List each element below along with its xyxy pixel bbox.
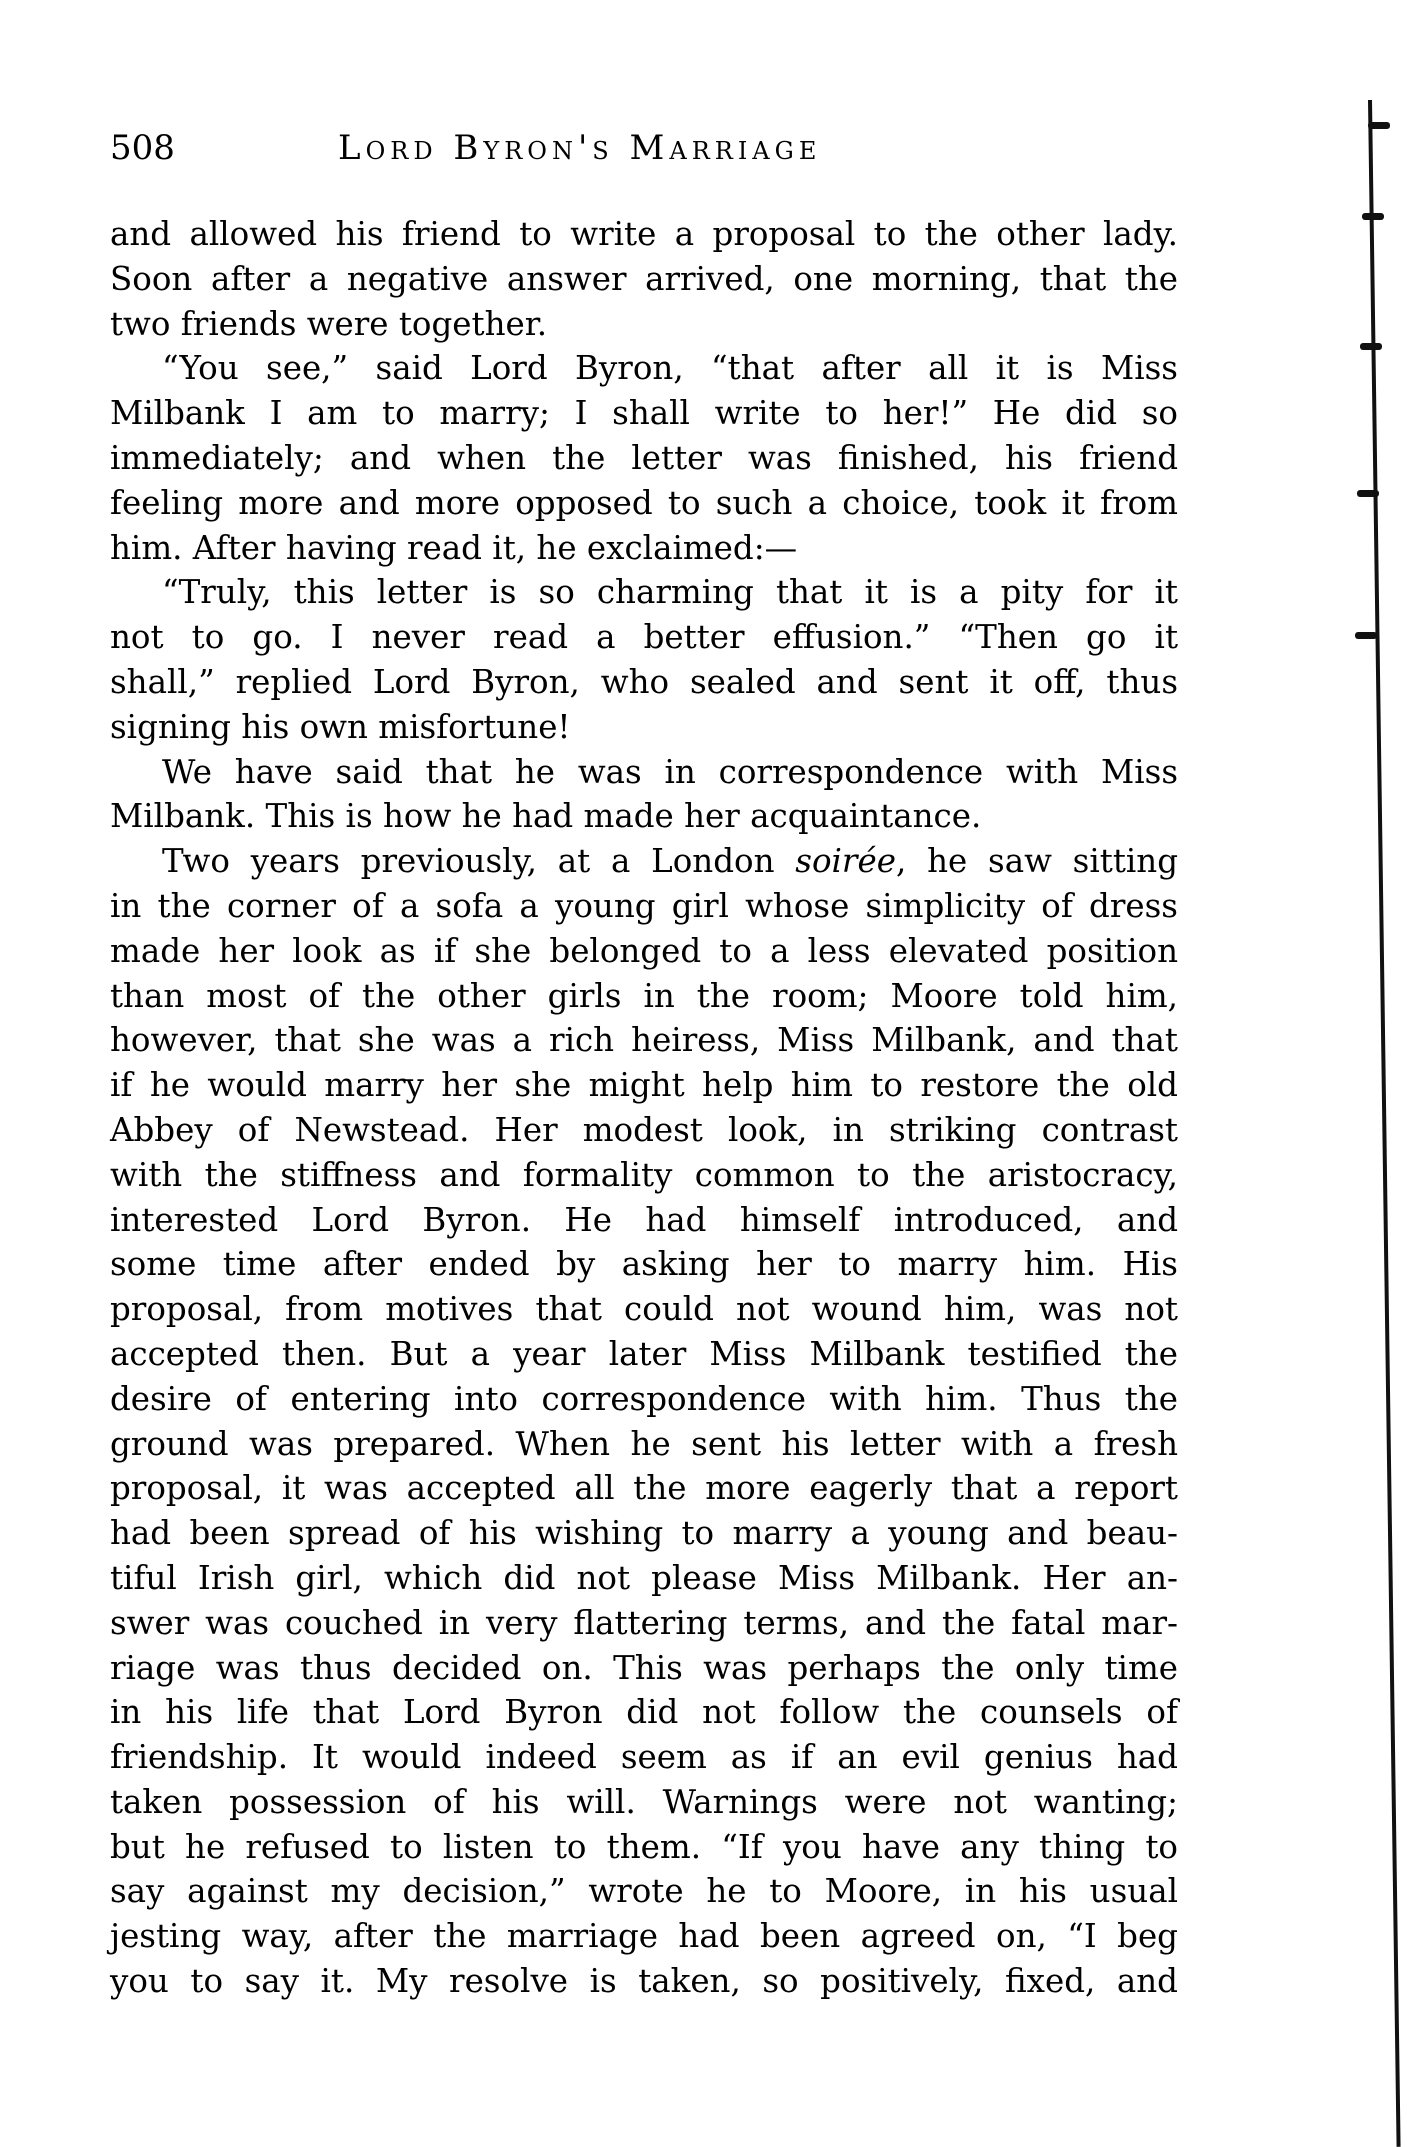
text-line: in his life that Lord Byron did not foll…	[110, 1690, 1178, 1735]
text-line: signing his own misfortune!	[110, 705, 1178, 750]
text-line: Milbank. This is how he had made her acq…	[110, 794, 1178, 839]
text-line: We have said that he was in corresponden…	[110, 750, 1178, 795]
text-line: swer was couched in very flattering term…	[110, 1601, 1178, 1646]
text-line: with the stiffness and formality common …	[110, 1153, 1178, 1198]
text-line: riage was thus decided on. This was perh…	[110, 1646, 1178, 1691]
text-line: had been spread of his wishing to marry …	[110, 1511, 1178, 1556]
text-line: desire of entering into correspondence w…	[110, 1377, 1178, 1422]
page-body-text: and allowed his friend to write a propos…	[110, 212, 1178, 2004]
text-line: Abbey of Newstead. Her modest look, in s…	[110, 1108, 1178, 1153]
text-line: proposal, it was accepted all the more e…	[110, 1466, 1178, 1511]
text-line: feeling more and more opposed to such a …	[110, 481, 1178, 526]
text-line: tiful Irish girl, which did not please M…	[110, 1556, 1178, 1601]
text-line: ground was prepared. When he sent his le…	[110, 1422, 1178, 1467]
text-line: him. After having read it, he exclaimed:…	[110, 526, 1178, 571]
binding-mark	[1360, 343, 1382, 350]
text-line: shall,” replied Lord Byron, who sealed a…	[110, 660, 1178, 705]
text-line: but he refused to listen to them. “If yo…	[110, 1825, 1178, 1870]
text-line: if he would marry her she might help him…	[110, 1063, 1178, 1108]
text-line: interested Lord Byron. He had himself in…	[110, 1198, 1178, 1243]
text-line: made her look as if she belonged to a le…	[110, 929, 1178, 974]
text-line: say against my decision,” wrote he to Mo…	[110, 1869, 1178, 1914]
running-title: Lord Byron's Marriage	[338, 128, 821, 168]
text-line: than most of the other girls in the room…	[110, 974, 1178, 1019]
binding-edge	[1368, 100, 1401, 2147]
text-line: some time after ended by asking her to m…	[110, 1242, 1178, 1287]
text-line: not to go. I never read a better effusio…	[110, 615, 1178, 660]
text-line: accepted then. But a year later Miss Mil…	[110, 1332, 1178, 1377]
text-line: Soon after a negative answer arrived, on…	[110, 257, 1178, 302]
text-line: in the corner of a sofa a young girl who…	[110, 884, 1178, 929]
text-line: you to say it. My resolve is taken, so p…	[110, 1959, 1178, 2004]
binding-mark	[1362, 213, 1384, 220]
text-line: taken possession of his will. Warnings w…	[110, 1780, 1178, 1825]
text-line: friendship. It would indeed seem as if a…	[110, 1735, 1178, 1780]
text-line: however, that she was a rich heiress, Mi…	[110, 1018, 1178, 1063]
text-line: jesting way, after the marriage had been…	[110, 1914, 1178, 1959]
text-line: “You see,” said Lord Byron, “that after …	[110, 346, 1178, 391]
text-line: immediately; and when the letter was fin…	[110, 436, 1178, 481]
text-line: two friends were together.	[110, 302, 1178, 347]
page-number: 508	[110, 128, 175, 168]
binding-mark	[1357, 490, 1379, 497]
page-header: 508 Lord Byron's Marriage	[110, 128, 1190, 178]
text-line: “Truly, this letter is so charming that …	[110, 570, 1178, 615]
text-line: and allowed his friend to write a propos…	[110, 212, 1178, 257]
text-line: Two years previously, at a London soirée…	[110, 839, 1178, 884]
text-line: Milbank I am to marry; I shall write to …	[110, 391, 1178, 436]
binding-mark	[1368, 122, 1390, 129]
text-line: proposal, from motives that could not wo…	[110, 1287, 1178, 1332]
binding-mark	[1355, 632, 1377, 639]
